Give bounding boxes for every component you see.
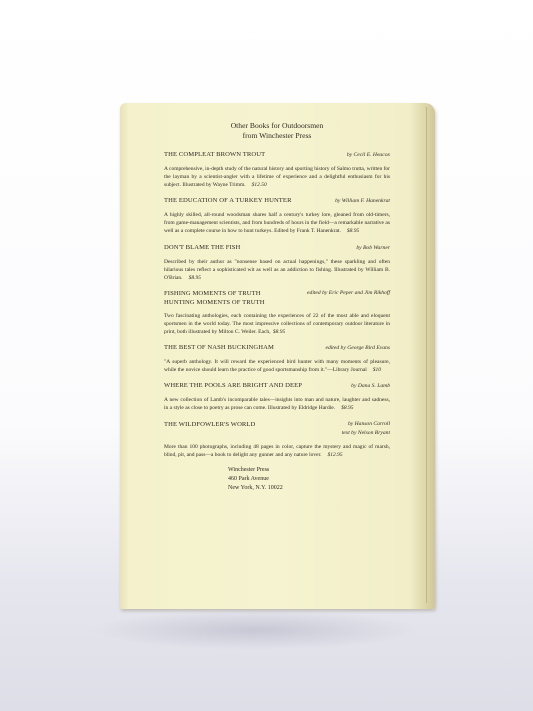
book-entry: WHERE THE POOLS ARE BRIGHT AND DEEP by D… <box>164 381 390 412</box>
address-line-2: 460 Park Avenue <box>228 475 390 484</box>
book-entry: THE WILDFOWLER'S WORLD by Hanson Carroll… <box>164 420 390 459</box>
book-description: A new collection of Lamb's incomparable … <box>164 396 390 412</box>
book-entry: THE COMPLEAT BROWN TROUT by Cecil E. Hea… <box>164 150 390 189</box>
heading-line-1: Other Books for Outdoorsmen <box>164 121 390 131</box>
book-title: THE BEST OF NASH BUCKINGHAM <box>164 343 274 352</box>
book-title-secondary: HUNTING MOMENTS OF TRUTH <box>164 298 265 307</box>
book-shadow <box>90 610 420 650</box>
book-price: $8.95 <box>341 405 353 411</box>
book-title: THE EDUCATION OF A TURKEY HUNTER <box>164 196 292 205</box>
book-price: $12.95 <box>327 452 342 458</box>
cover-heading: Other Books for Outdoorsmen from Winches… <box>164 121 390 141</box>
book-price: $8.95 <box>189 275 201 281</box>
book-price: $12.50 <box>252 182 267 188</box>
book-price: $10 <box>373 367 381 373</box>
book-author: by Bob Warner <box>356 244 390 253</box>
book-description: A highly skilled, all-round woodsman sha… <box>164 211 390 235</box>
book-back-cover: Other Books for Outdoorsmen from Winches… <box>120 103 435 609</box>
book-description: More than 100 photographs, including 48 … <box>164 443 390 459</box>
publisher-address: Winchester Press 460 Park Avenue New Yor… <box>228 466 390 493</box>
book-price: $8.95 <box>347 228 359 234</box>
book-entry: THE EDUCATION OF A TURKEY HUNTER by Will… <box>164 196 390 235</box>
book-author: by Dana S. Lamb <box>351 382 390 391</box>
book-entry: THE BEST OF NASH BUCKINGHAM edited by Ge… <box>164 343 390 374</box>
book-author: by Hanson Carroll <box>348 420 390 429</box>
book-author-secondary: text by Nelson Bryant <box>342 429 390 438</box>
book-title: DON'T BLAME THE FISH <box>164 243 240 252</box>
book-title: THE WILDFOWLER'S WORLD <box>164 420 255 429</box>
heading-line-2: from Winchester Press <box>164 131 390 141</box>
book-title: FISHING MOMENTS OF TRUTH <box>164 289 265 298</box>
book-title: WHERE THE POOLS ARE BRIGHT AND DEEP <box>164 381 302 390</box>
book-author: edited by Eric Peper and Jim Rikhoff <box>307 289 390 298</box>
book-price: $8.95 <box>273 329 285 335</box>
book-author: by William F. Hanenkrat <box>335 197 390 206</box>
book-description: Two fascinating anthologies, each contai… <box>164 312 390 336</box>
address-line-1: Winchester Press <box>228 466 390 475</box>
book-title: THE COMPLEAT BROWN TROUT <box>164 150 265 159</box>
cover-text: Other Books for Outdoorsmen from Winches… <box>164 121 390 493</box>
book-description: A comprehensive, in-depth study of the n… <box>164 165 390 189</box>
book-entry: DON'T BLAME THE FISH by Bob Warner Descr… <box>164 243 390 282</box>
book-entry: FISHING MOMENTS OF TRUTH HUNTING MOMENTS… <box>164 289 390 336</box>
book-author: by Cecil E. Heacox <box>347 151 390 160</box>
address-line-3: New York, N.Y. 10022 <box>228 484 390 493</box>
book-description: "A superb anthology. It will reward the … <box>164 358 390 374</box>
book-author: edited by George Bird Evans <box>325 344 390 353</box>
book-description: Described by their author as "nonsense b… <box>164 258 390 282</box>
